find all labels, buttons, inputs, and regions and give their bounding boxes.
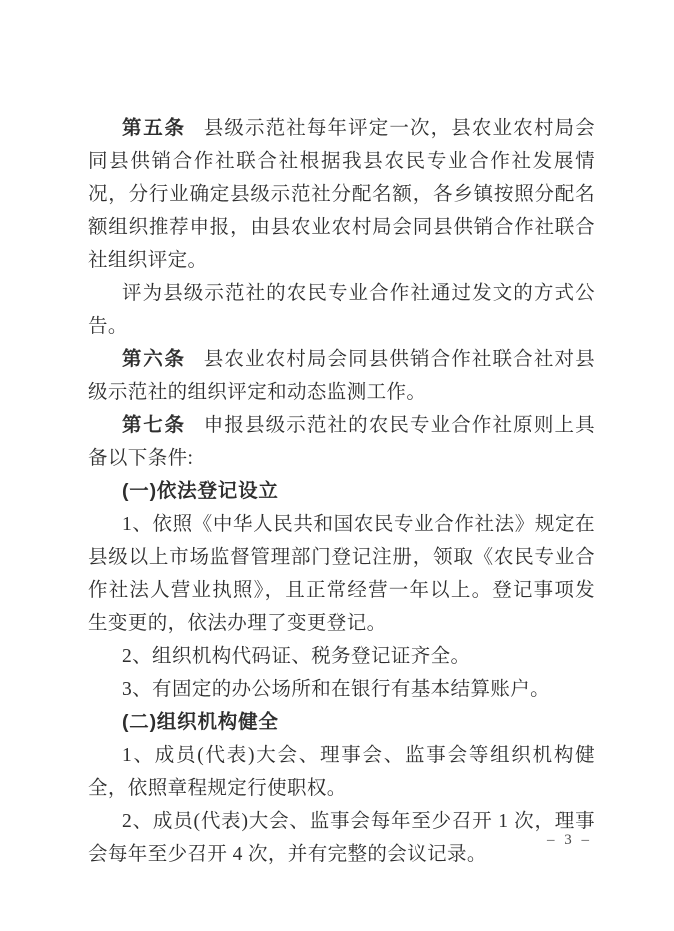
paragraph-text: (一)依法登记设立	[122, 480, 279, 502]
paragraph-text: 评为县级示范社的农民专业合作社通过发文的方式公告。	[88, 283, 595, 337]
paragraph-text: 1、成员(代表)大会、理事会、监事会等组织机构健全，依照章程规定行使职权。	[88, 745, 595, 799]
document-page: 第五条县级示范社每年评定一次，县农业农村局会同县供销合作社联合社根据我县农民专业…	[0, 0, 674, 931]
paragraph: 2、组织机构代码证、税务登记证齐全。	[88, 640, 595, 673]
paragraph: 第五条县级示范社每年评定一次，县农业农村局会同县供销合作社联合社根据我县农民专业…	[88, 112, 595, 277]
paragraph-text: 2、成员(代表)大会、监事会每年至少召开 1 次，理事会每年至少召开 4 次，并…	[88, 811, 595, 865]
paragraph: 评为县级示范社的农民专业合作社通过发文的方式公告。	[88, 277, 595, 343]
document-body: 第五条县级示范社每年评定一次，县农业农村局会同县供销合作社联合社根据我县农民专业…	[88, 112, 595, 871]
paragraph: 1、成员(代表)大会、理事会、监事会等组织机构健全，依照章程规定行使职权。	[88, 739, 595, 805]
paragraph-text: (二)组织机构健全	[122, 711, 279, 733]
article-number-label: 第六条	[122, 348, 186, 370]
paragraph-text: 2、组织机构代码证、税务登记证齐全。	[122, 646, 470, 667]
paragraph-text: 3、有固定的办公场所和在银行有基本结算账户。	[122, 679, 550, 700]
paragraph: 3、有固定的办公场所和在银行有基本结算账户。	[88, 673, 595, 706]
page-number: – 3 –	[547, 831, 592, 849]
article-number-label: 第七条	[122, 414, 186, 436]
paragraph-text: 县级示范社每年评定一次，县农业农村局会同县供销合作社联合社根据我县农民专业合作社…	[88, 118, 595, 271]
paragraph: 1、依照《中华人民共和国农民专业合作社法》规定在县级以上市场监督管理部门登记注册…	[88, 508, 595, 640]
paragraph: (一)依法登记设立	[88, 475, 595, 508]
paragraph: (二)组织机构健全	[88, 706, 595, 739]
paragraph: 2、成员(代表)大会、监事会每年至少召开 1 次，理事会每年至少召开 4 次，并…	[88, 805, 595, 871]
paragraph: 第六条县农业农村局会同县供销合作社联合社对县级示范社的组织评定和动态监测工作。	[88, 343, 595, 409]
paragraph-text: 1、依照《中华人民共和国农民专业合作社法》规定在县级以上市场监督管理部门登记注册…	[88, 514, 595, 634]
article-number-label: 第五条	[122, 117, 186, 139]
paragraph: 第七条申报县级示范社的农民专业合作社原则上具备以下条件:	[88, 409, 595, 475]
